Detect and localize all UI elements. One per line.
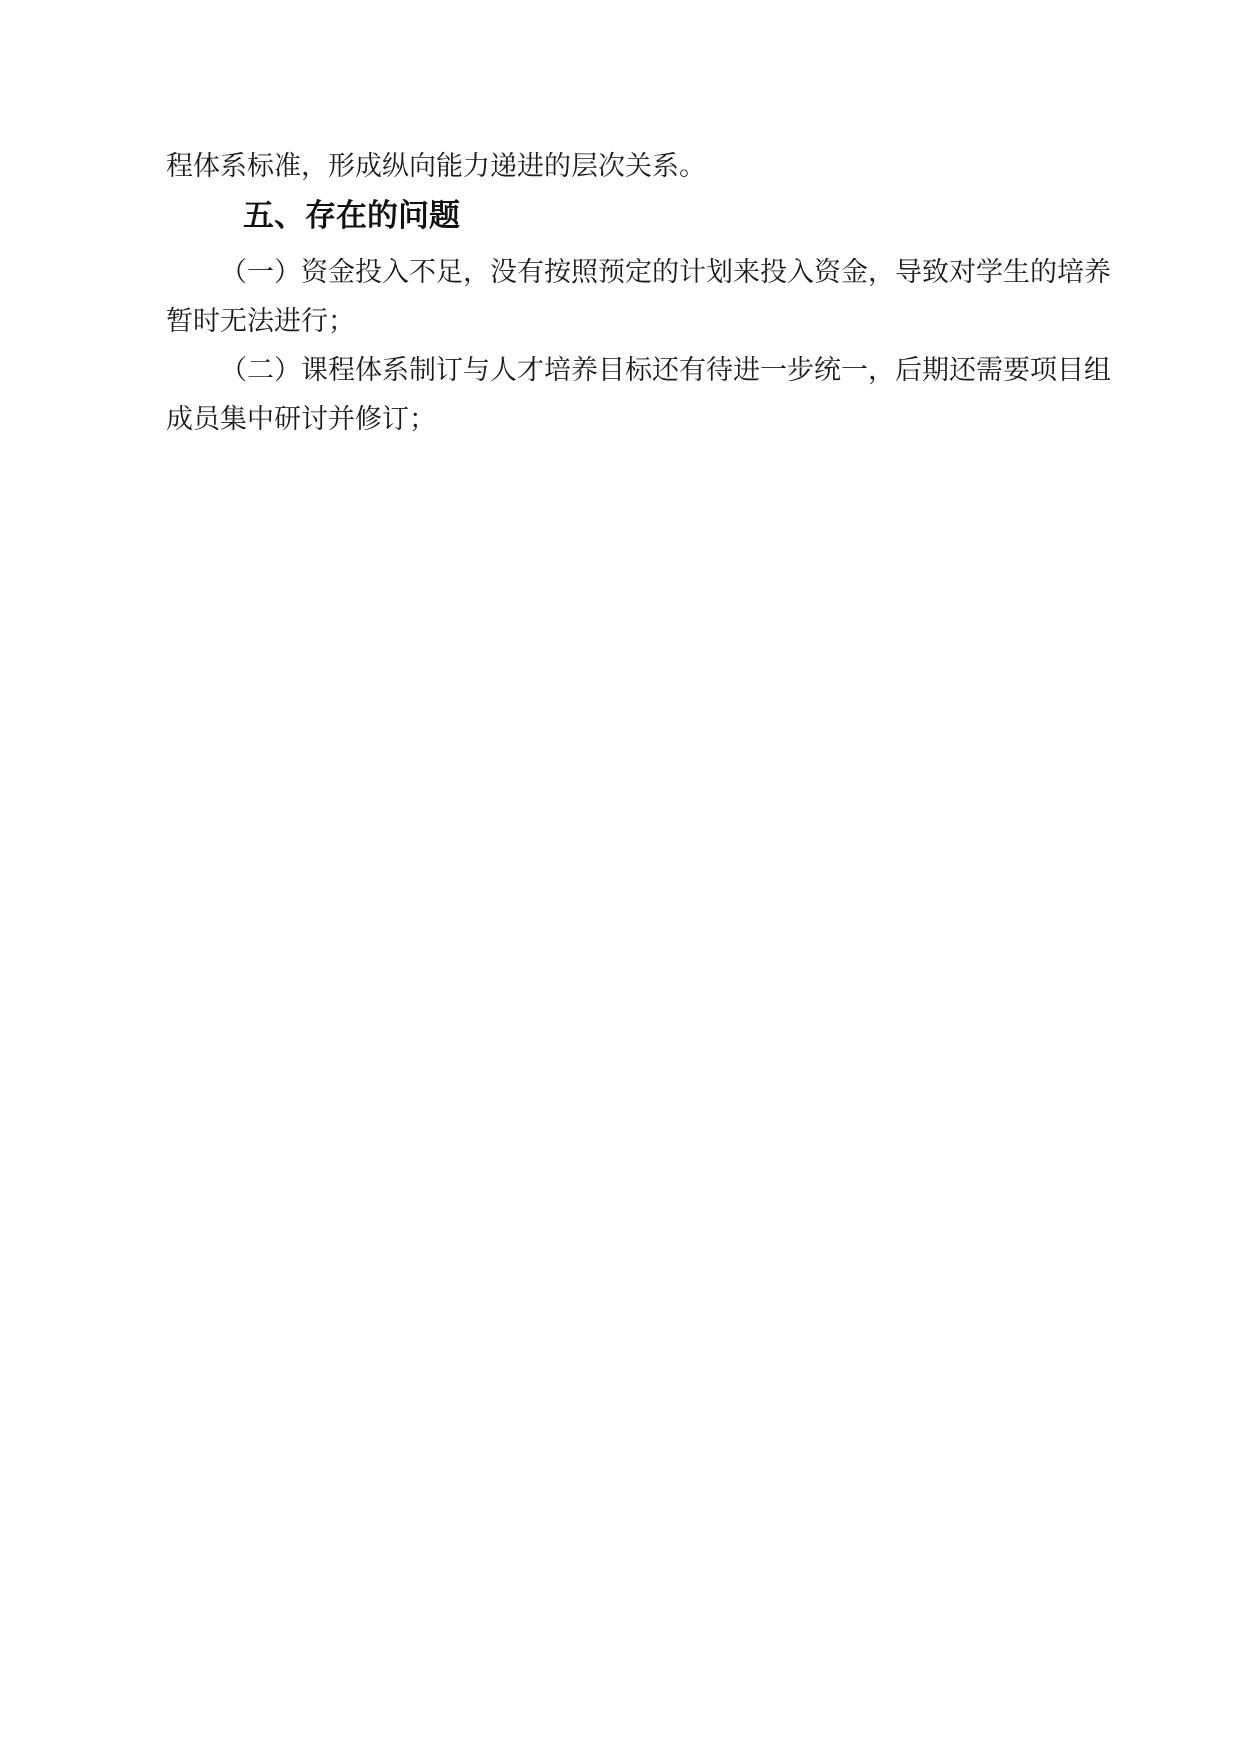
paragraph-line: 暂时无法进行； <box>166 297 1111 346</box>
document-page: 程体系标准，形成纵向能力递进的层次关系。 五、存在的问题 （一）资金投入不足，没… <box>0 0 1242 1755</box>
paragraph-continuation-line: 程体系标准，形成纵向能力递进的层次关系。 <box>166 142 1111 191</box>
section-heading: 五、存在的问题 <box>166 191 1111 241</box>
paragraph-line: （二）课程体系制订与人才培养目标还有待进一步统一，后期还需要项目组 <box>166 346 1111 395</box>
paragraph-line: （一）资金投入不足，没有按照预定的计划来投入资金，导致对学生的培养 <box>166 248 1111 297</box>
paragraph: （二）课程体系制订与人才培养目标还有待进一步统一，后期还需要项目组 成员集中研讨… <box>166 346 1111 444</box>
document-body: 程体系标准，形成纵向能力递进的层次关系。 五、存在的问题 （一）资金投入不足，没… <box>166 142 1111 444</box>
paragraph-line: 成员集中研讨并修订； <box>166 395 1111 444</box>
paragraph: （一）资金投入不足，没有按照预定的计划来投入资金，导致对学生的培养 暂时无法进行… <box>166 248 1111 346</box>
